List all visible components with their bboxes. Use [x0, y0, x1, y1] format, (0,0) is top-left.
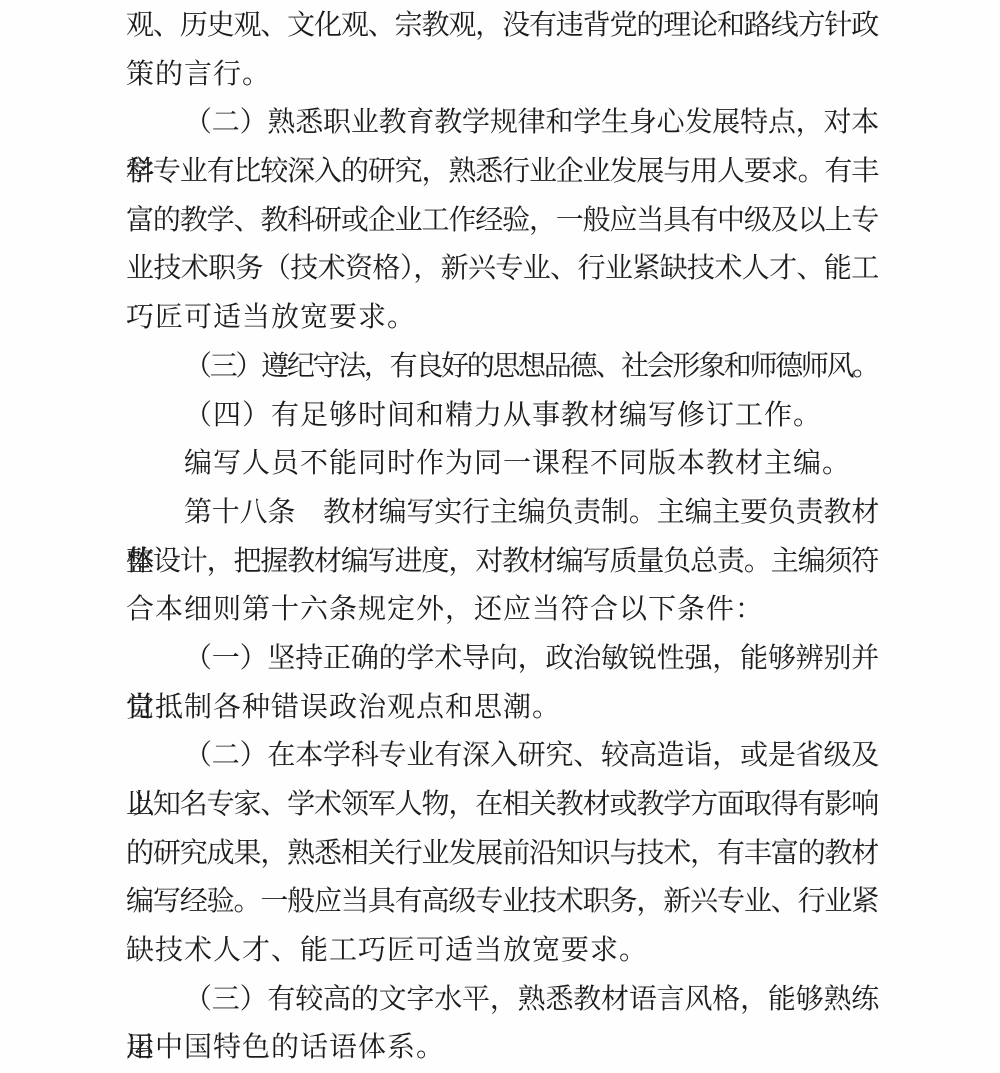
text-line: 的研究成果，熟悉相关行业发展前沿知识与技术，有丰富的教材: [126, 830, 878, 879]
text-line: 编写人员不能同时作为同一课程不同版本教材主编。: [126, 440, 878, 489]
text-line: 编写经验。一般应当具有高级专业技术职务，新兴专业、行业紧: [126, 878, 878, 927]
text-line: （二）在本学科专业有深入研究、较高造诣，或是省级及以: [126, 732, 878, 781]
text-line: 观、历史观、文化观、宗教观，没有违背党的理论和路线方针政: [126, 2, 878, 51]
text-line: （三）遵纪守法，有良好的思想品德、社会形象和师德师风。: [126, 343, 878, 392]
document-page: 观、历史观、文化观、宗教观，没有违背党的理论和路线方针政策的言行。（二）熟悉职业…: [0, 0, 1000, 1073]
text-line: （四）有足够时间和精力从事教材编写修订工作。: [126, 392, 878, 441]
text-line: 觉抵制各种错误政治观点和思潮。: [126, 684, 878, 733]
text-line: （三）有较高的文字水平，熟悉教材语言风格，能够熟练运: [126, 976, 878, 1025]
text-line: （二）熟悉职业教育教学规律和学生身心发展特点，对本学: [126, 99, 878, 148]
document-text-block: 观、历史观、文化观、宗教观，没有违背党的理论和路线方针政策的言行。（二）熟悉职业…: [126, 2, 878, 1073]
text-line: 体设计，把握教材编写进度，对教材编写质量负总责。主编须符: [126, 538, 878, 587]
text-line: 巧匠可适当放宽要求。: [126, 294, 878, 343]
text-line: （一）坚持正确的学术导向，政治敏锐性强，能够辨别并自: [126, 635, 878, 684]
text-line: 科专业有比较深入的研究，熟悉行业企业发展与用人要求。有丰: [126, 148, 878, 197]
text-line: 用中国特色的话语体系。: [126, 1024, 878, 1073]
text-line: 缺技术人才、能工巧匠可适当放宽要求。: [126, 927, 878, 976]
text-line: 上知名专家、学术领军人物，在相关教材或教学方面取得有影响: [126, 781, 878, 830]
text-line: 策的言行。: [126, 51, 878, 100]
text-line: 富的教学、教科研或企业工作经验，一般应当具有中级及以上专: [126, 197, 878, 246]
text-line: 合本细则第十六条规定外，还应当符合以下条件：: [126, 586, 878, 635]
text-line: 第十八条 教材编写实行主编负责制。主编主要负责教材整: [126, 489, 878, 538]
text-line: 业技术职务（技术资格），新兴专业、行业紧缺技术人才、能工: [126, 245, 878, 294]
